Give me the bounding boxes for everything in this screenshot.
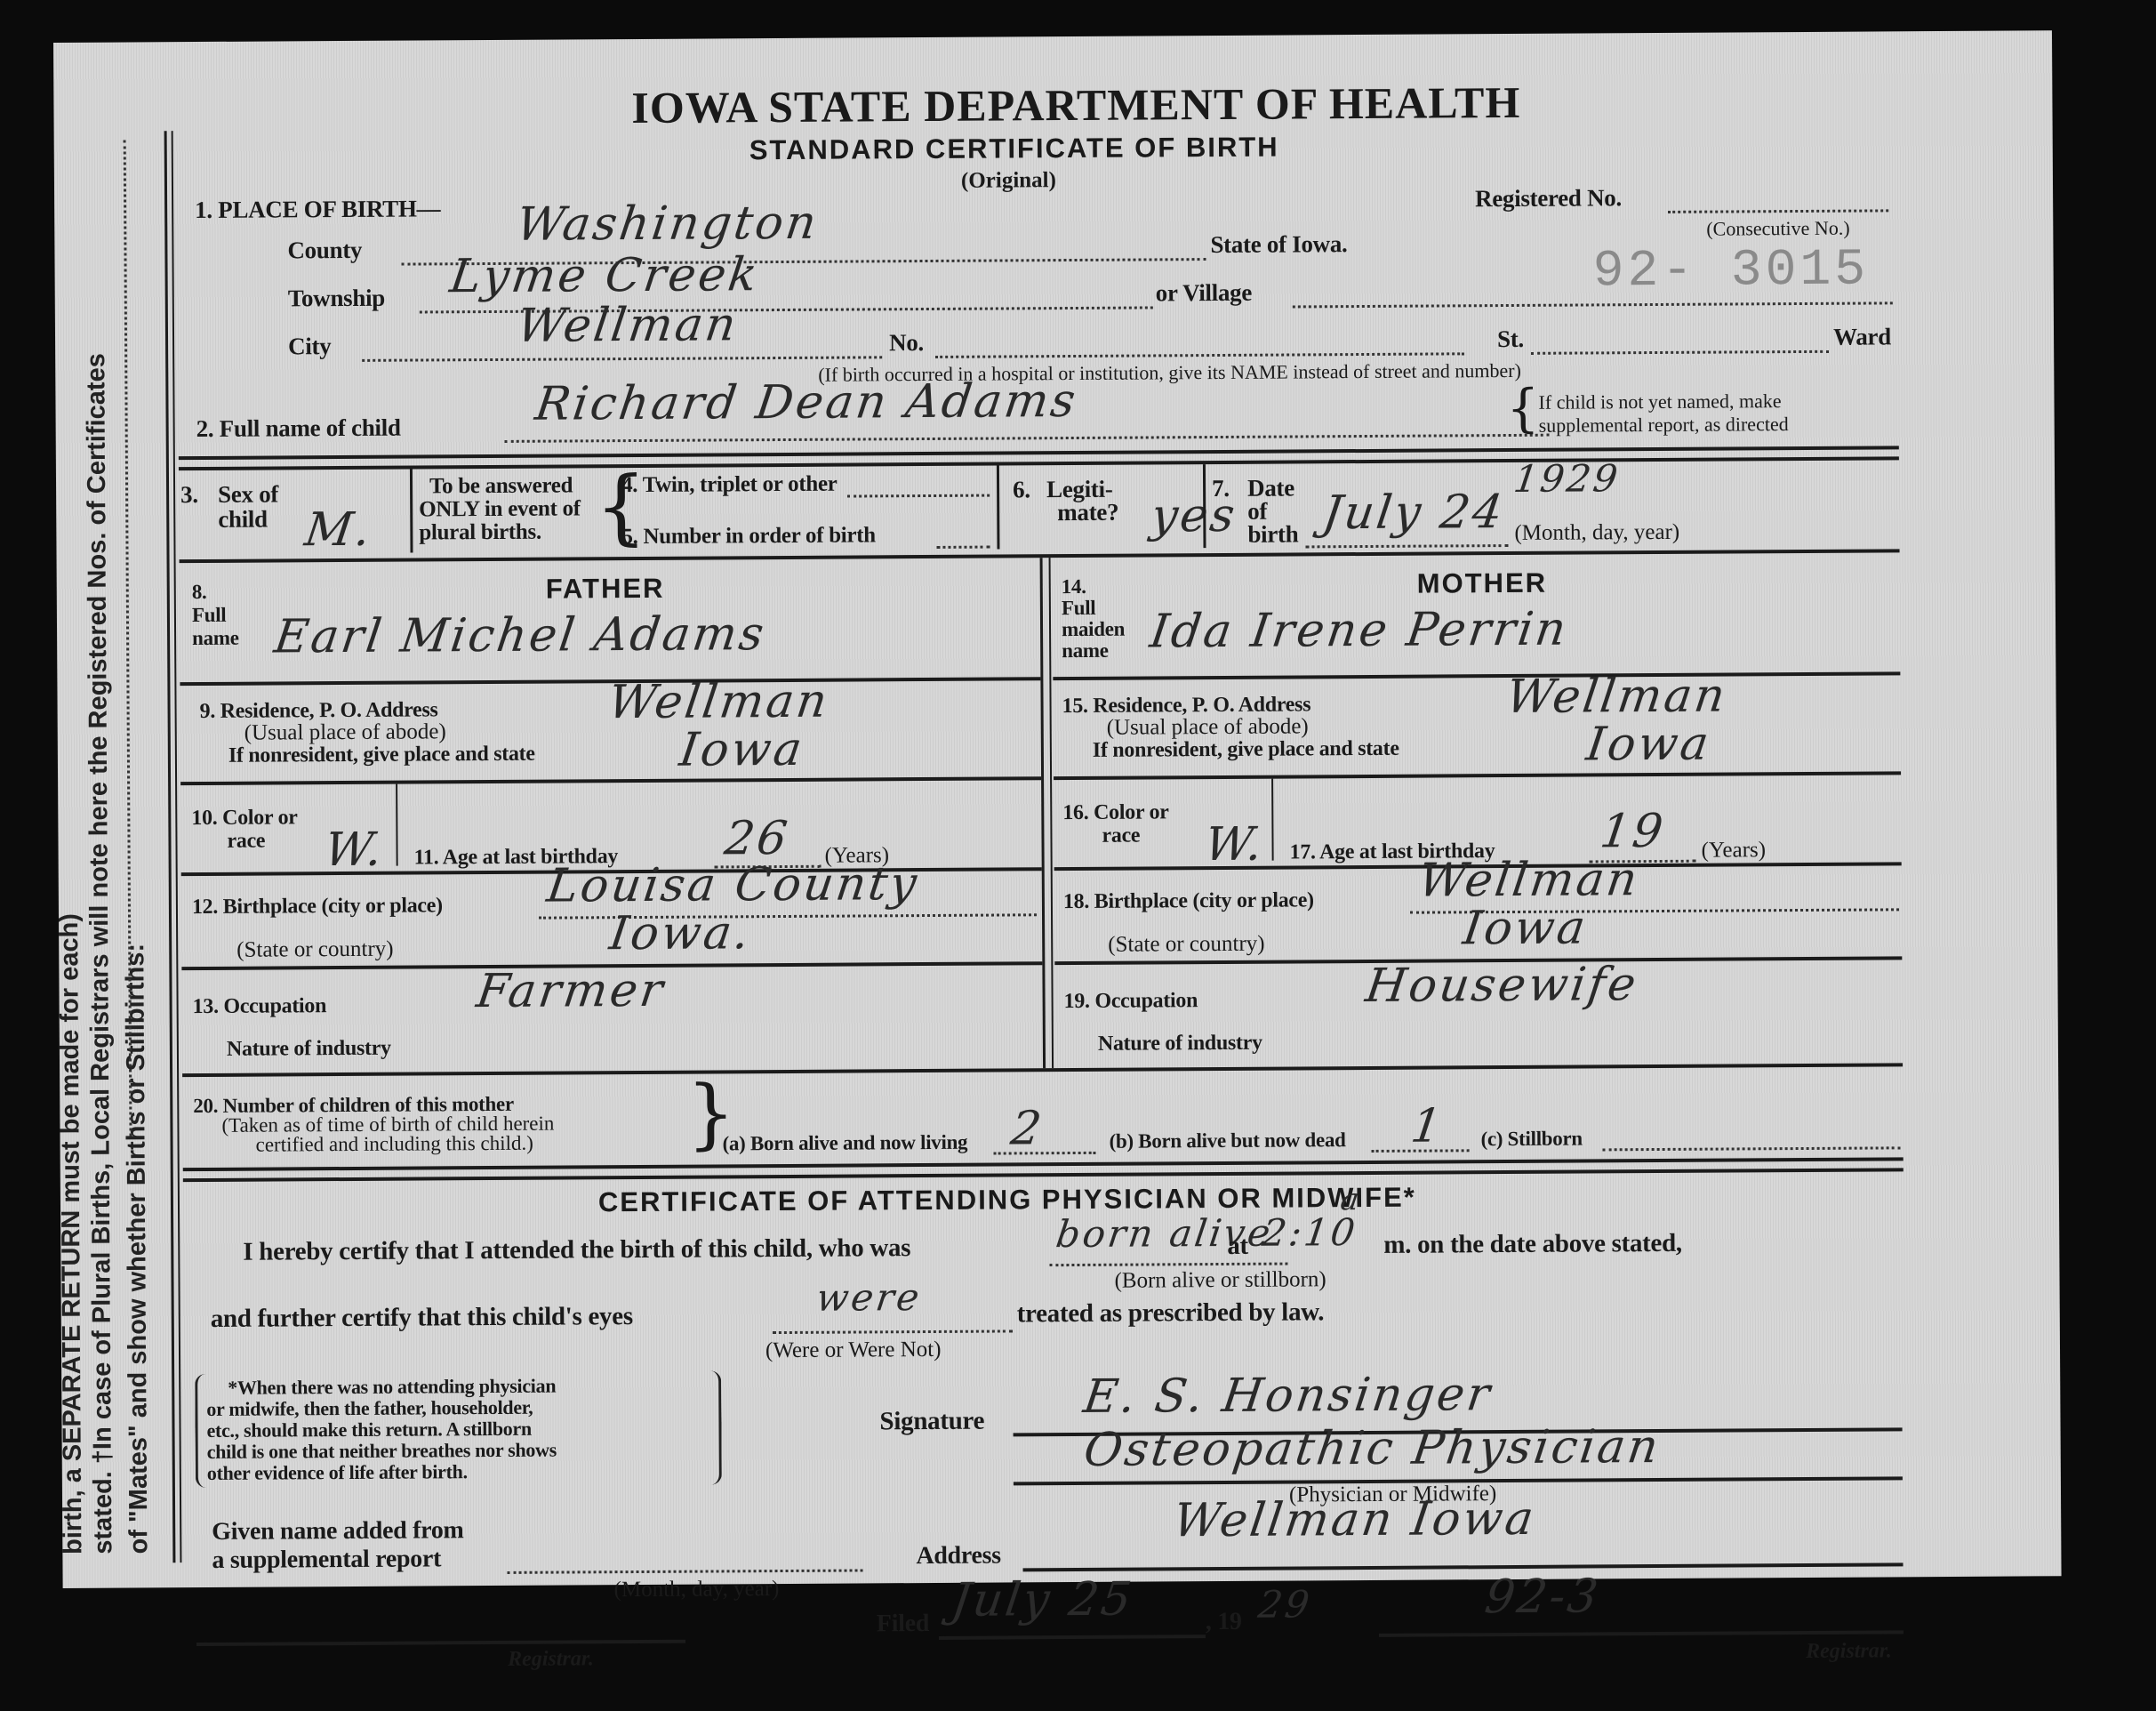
sex-num: 3.: [180, 481, 198, 509]
name-note-2: supplemental report, as directed: [1539, 413, 1789, 438]
father-name-value: Earl Michel Adams: [271, 607, 769, 663]
city-label: City: [288, 333, 331, 360]
address-value: Wellman Iowa: [1170, 1492, 1539, 1548]
stillborn-line: [1603, 1146, 1901, 1151]
copy-type: (Original): [961, 168, 1056, 194]
child-name-value: Richard Dean Adams: [532, 374, 1080, 431]
township-label: Township: [288, 285, 385, 313]
mother-birth-state-label: (State or country): [1108, 932, 1265, 958]
village-label: or Village: [1156, 279, 1252, 308]
divider-plural: [997, 466, 1000, 550]
address-label: Address: [916, 1542, 1001, 1571]
township-value: Lyme Creek: [447, 248, 763, 303]
mother-industry-label: Nature of industry: [1098, 1032, 1262, 1056]
eyes-line: [773, 1329, 1013, 1334]
dob-line: [1305, 544, 1508, 548]
certify-text-2: and further certify that this child's ey…: [211, 1302, 633, 1334]
given-name-label-1: Given name added from: [212, 1516, 464, 1546]
dob-year: 1929: [1511, 456, 1623, 501]
name-note-brace: {: [1506, 382, 1539, 434]
sex-value: M.: [301, 503, 376, 558]
filed-year-prefix: , 19: [1206, 1608, 1242, 1636]
dead-label: (b) Born alive but now dead: [1109, 1129, 1345, 1153]
note-line-1: *When there was no attending physician: [206, 1375, 709, 1399]
mother-age-value: 19: [1597, 805, 1668, 858]
registrar-left-line: [196, 1640, 685, 1646]
mother-birthplace-value: Wellman: [1415, 853, 1643, 908]
registered-no-line: [1668, 209, 1888, 213]
father-occupation-value: Farmer: [473, 964, 668, 1018]
mother-name-value: Ida Irene Perrin: [1147, 603, 1572, 659]
mother-res-value-2: Iowa: [1583, 718, 1714, 772]
father-res-value-1: Wellman: [605, 675, 833, 730]
father-res-note: If nonresident, give place and state: [228, 743, 535, 768]
sidebar-line-2: stated. †In case of Plural Births, Local…: [82, 353, 118, 1554]
street-label: St.: [1497, 325, 1524, 353]
father-color-label-1: 10. Color or: [191, 806, 297, 831]
county-value: Washington: [513, 197, 822, 252]
eyes-hint: (Were or Were Not): [765, 1337, 942, 1363]
divider-parents-b: [1049, 558, 1054, 1068]
dob-num: 7.: [1212, 475, 1230, 502]
sex-label-2: child: [218, 506, 268, 534]
mother-res-note: If nonresident, give place and state: [1093, 737, 1399, 763]
child-name-label: 2. Full name of child: [196, 414, 401, 443]
filed-date-line: [939, 1635, 1206, 1640]
registrar-right-label: Registrar.: [1806, 1639, 1892, 1664]
father-res-sub: (Usual place of abode): [244, 719, 446, 745]
note-line-3: etc., should make this return. A stillbo…: [206, 1418, 709, 1442]
father-birthplace-label: 12. Birthplace (city or place): [192, 894, 443, 920]
divider-parents-a: [1040, 558, 1046, 1068]
street-no-line: [935, 352, 1464, 358]
father-birthplace-value: Louisa County: [544, 857, 923, 913]
certificate-paper: birth, a SEPARATE RETURN must be made fo…: [53, 30, 2062, 1588]
father-name-label-1: Full: [192, 604, 227, 627]
mother-birth-state-value: Iowa: [1460, 901, 1591, 955]
father-occupation-label: 13. Occupation: [193, 994, 327, 1019]
note-line-2: or midwife, then the father, householder…: [206, 1396, 709, 1420]
stillborn-note: *When there was no attending physician o…: [195, 1370, 722, 1488]
rule-father-res: [180, 776, 1041, 785]
mother-num: 14.: [1062, 575, 1086, 598]
state-of-iowa-label: State of Iowa.: [1210, 230, 1347, 259]
dob-value: July 24: [1319, 486, 1508, 540]
mother-color-label-1: 16. Color or: [1062, 800, 1168, 825]
father-industry-label: Nature of industry: [227, 1037, 391, 1062]
registrar-right-line: [1379, 1630, 1904, 1637]
father-heading: FATHER: [546, 573, 665, 606]
mother-occupation-value: Housewife: [1362, 958, 1641, 1013]
street-no-label: No.: [889, 329, 924, 357]
legit-num: 6.: [1013, 476, 1030, 503]
registered-no-stamp: 92- 3015: [1592, 242, 1869, 301]
sex-label-1: Sex of: [218, 480, 278, 508]
order-label: 5. Number in order of birth: [621, 523, 876, 550]
father-color-label-2: race: [227, 830, 265, 854]
registrar-value: 92-3: [1482, 1570, 1604, 1624]
mother-res-value-1: Wellman: [1503, 669, 1730, 724]
note-line-5: other evidence of life after birth.: [207, 1460, 710, 1484]
name-note-1: If child is not yet named, make: [1538, 390, 1781, 414]
registered-no-label: Registered No.: [1475, 184, 1622, 213]
rule-row2-b: [179, 456, 1899, 470]
divider-mother-color: [1271, 779, 1274, 861]
father-num: 8.: [192, 581, 207, 604]
father-res-value-2: Iowa: [677, 723, 807, 777]
rule-mother-res: [1054, 771, 1901, 780]
mother-color-label-2: race: [1102, 824, 1140, 848]
given-name-line: [508, 1569, 863, 1573]
father-birth-state-value: Iowa.: [606, 906, 755, 960]
living-value: 2: [1007, 1102, 1046, 1155]
physician-title-value: Osteopathic Physician: [1081, 1420, 1664, 1477]
village-line: [1293, 301, 1893, 308]
certify-text-1: I hereby certify that I attended the bir…: [243, 1233, 910, 1267]
divider-sex: [410, 470, 413, 553]
certify-text-3: treated as prescribed by law.: [1017, 1297, 1325, 1329]
signature-label: Signature: [879, 1407, 984, 1437]
children-label-3: certified and including this child.): [255, 1132, 533, 1157]
mother-res-sub: (Usual place of abode): [1107, 714, 1309, 740]
rule-children-b: [183, 1168, 1904, 1182]
dob-label-3: birth: [1247, 520, 1298, 548]
plural-note-3: plural births.: [419, 520, 541, 546]
twin-label: 4. Twin, triplet or other: [621, 472, 838, 498]
father-color-value: W.: [322, 823, 389, 877]
m-label: m. on the date above stated,: [1383, 1229, 1682, 1260]
living-label: (a) Born alive and now living: [722, 1131, 967, 1156]
page-subtitle: STANDARD CERTIFICATE OF BIRTH: [749, 132, 1279, 167]
sidebar-line-3: of "Mates" and show whether Births or St…: [121, 944, 154, 1554]
father-name-label-2: name: [192, 627, 239, 650]
eyes-value: were: [814, 1275, 924, 1320]
filed-value: July 25: [949, 1573, 1137, 1627]
status-hint: (Born alive or stillborn): [1114, 1267, 1326, 1293]
mother-name-label-1: Full: [1062, 597, 1096, 620]
filed-year: 29: [1255, 1582, 1314, 1626]
plural-note-1: To be answered: [429, 473, 573, 499]
twin-line: [847, 494, 990, 498]
legit-label-2: mate?: [1057, 499, 1118, 526]
dob-format: (Month, day, year): [1514, 520, 1679, 546]
county-label: County: [287, 237, 362, 265]
dead-value: 1: [1407, 1099, 1447, 1153]
address-line: [1022, 1562, 1903, 1571]
divider-father-color: [396, 784, 398, 866]
signature-value: E. S. Honsinger: [1080, 1368, 1495, 1424]
stillborn-label: (c) Stillborn: [1480, 1128, 1582, 1152]
plural-note-2: ONLY in event of: [419, 496, 581, 522]
divider-legit: [1203, 464, 1206, 548]
at-label: at: [1227, 1232, 1248, 1261]
mother-birthplace-label: 18. Birthplace (city or place): [1063, 888, 1314, 914]
registrar-left-label: Registrar.: [508, 1647, 594, 1672]
note-line-4: child is one that neither breathes nor s…: [207, 1439, 710, 1463]
city-line: [362, 356, 882, 362]
street-line: [1531, 350, 1829, 355]
consecutive-no-label: (Consecutive No.): [1706, 217, 1849, 241]
rule-mother-name: [1053, 671, 1900, 680]
page-title: IOWA STATE DEPARTMENT OF HEALTH: [631, 76, 1520, 133]
sidebar-line-1: birth, a SEPARATE RETURN must be made fo…: [55, 913, 88, 1554]
mother-name-label-2: maiden: [1062, 618, 1125, 641]
filed-label: Filed: [877, 1610, 929, 1638]
status-line: [1049, 1263, 1287, 1267]
child-name-line: [505, 434, 1550, 443]
mother-occupation-label: 19. Occupation: [1064, 989, 1198, 1014]
city-value: Wellman: [514, 298, 741, 353]
given-name-label-2: a supplemental report: [212, 1545, 441, 1575]
mother-age-unit: (Years): [1701, 838, 1766, 863]
given-name-date-hint: (Month, day, year): [614, 1577, 780, 1603]
mother-name-label-3: name: [1062, 639, 1109, 663]
ward-label: Ward: [1833, 323, 1891, 350]
order-line: [936, 546, 990, 549]
father-birth-state-label: (State or country): [236, 937, 394, 963]
mother-color-value: W.: [1202, 818, 1269, 872]
mother-heading: MOTHER: [1417, 567, 1548, 600]
place-of-birth-label: 1. PLACE OF BIRTH—: [195, 195, 440, 224]
